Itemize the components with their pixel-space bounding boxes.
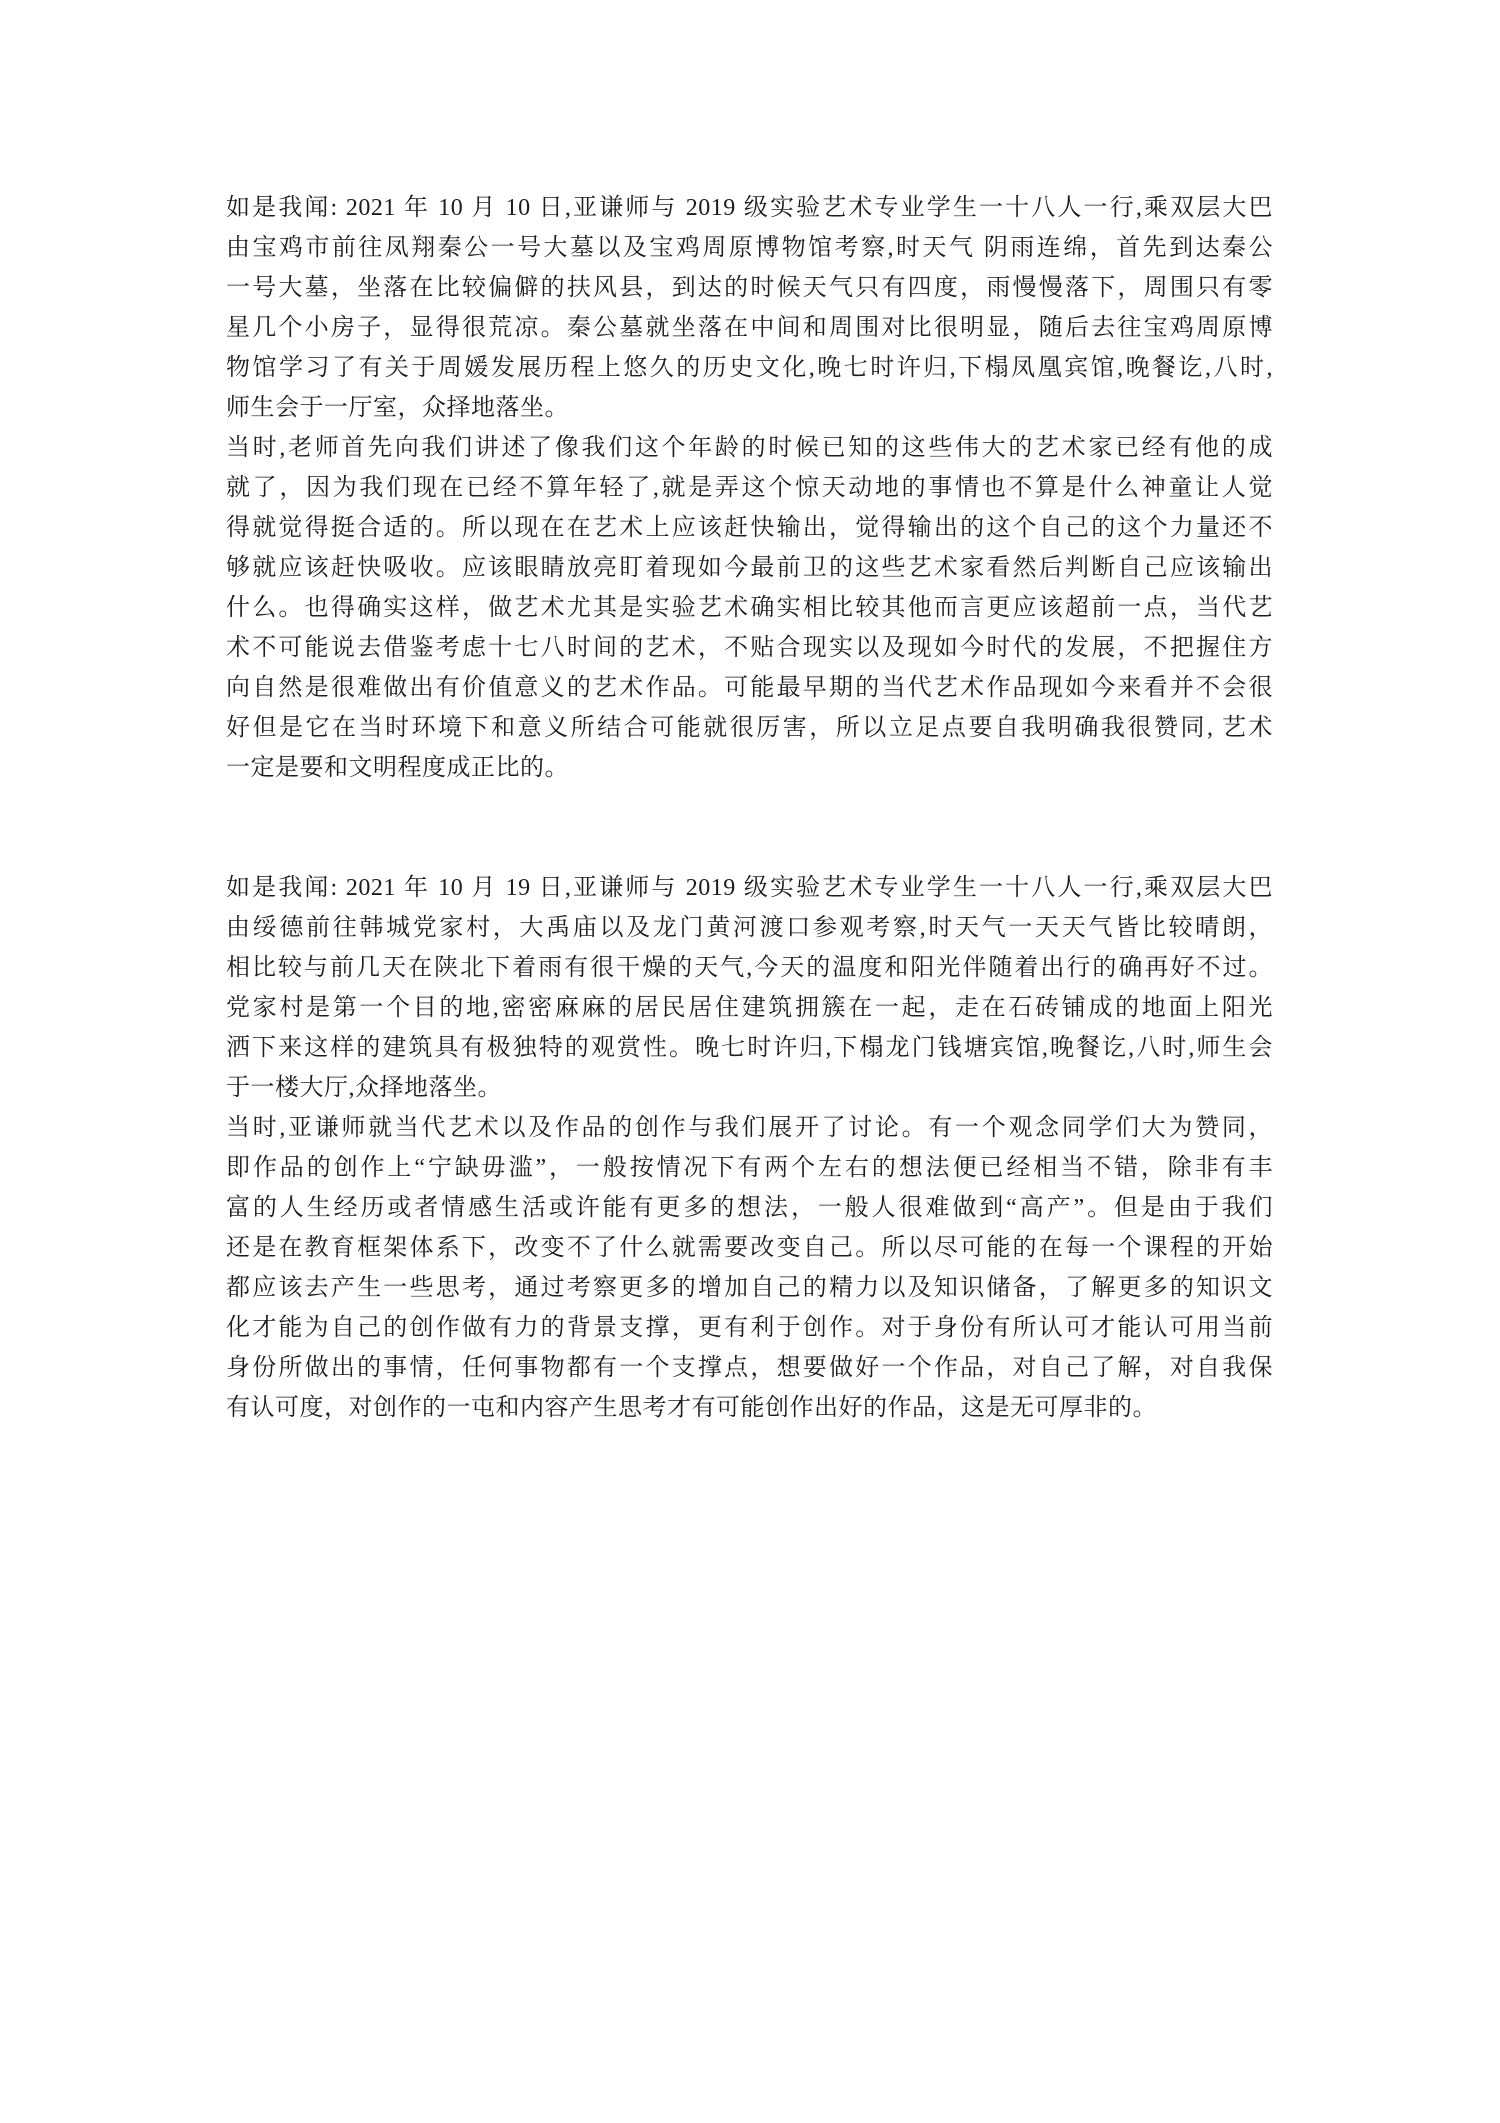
text-line: 术不可能说去借鉴考虑十七八时间的艺术，不贴合现实以及现如今时代的发展，不把握住方 bbox=[226, 628, 1273, 668]
text-line: 由绥德前往韩城党家村，大禹庙以及龙门黄河渡口参观考察,时天气一天天气皆比较晴朗， bbox=[226, 908, 1273, 948]
text-line: 党家村是第一个目的地,密密麻麻的居民居住建筑拥簇在一起，走在石砖铺成的地面上阳光 bbox=[226, 988, 1273, 1028]
document-page: 如是我闻: 2021 年 10 月 10 日,亚谦师与 2019 级实验艺术专业… bbox=[0, 0, 1500, 2123]
paragraph: 如是我闻: 2021 年 10 月 19 日,亚谦师与 2019 级实验艺术专业… bbox=[226, 868, 1273, 1108]
text-line: 都应该去产生一些思考，通过考察更多的增加自己的精力以及知识储备，了解更多的知识文 bbox=[226, 1268, 1273, 1308]
text-line: 于一楼大厅,众择地落坐。 bbox=[226, 1068, 1273, 1108]
text-line: 好但是它在当时环境下和意义所结合可能就很厉害，所以立足点要自我明确我很赞同, 艺… bbox=[226, 708, 1273, 748]
text-section-entry-2021-10-10: 如是我闻: 2021 年 10 月 10 日,亚谦师与 2019 级实验艺术专业… bbox=[226, 188, 1273, 788]
paragraph: 当时,亚谦师就当代艺术以及作品的创作与我们展开了讨论。有一个观念同学们大为赞同，… bbox=[226, 1108, 1273, 1428]
text-line: 什么。也得确实这样，做艺术尤其是实验艺术确实相比较其他而言更应该超前一点，当代艺 bbox=[226, 588, 1273, 628]
text-line: 如是我闻: 2021 年 10 月 19 日,亚谦师与 2019 级实验艺术专业… bbox=[226, 868, 1273, 908]
document-body: 如是我闻: 2021 年 10 月 10 日,亚谦师与 2019 级实验艺术专业… bbox=[226, 188, 1273, 1428]
text-line: 星几个小房子，显得很荒凉。秦公墓就坐落在中间和周围对比很明显，随后去往宝鸡周原博 bbox=[226, 308, 1273, 348]
text-line: 如是我闻: 2021 年 10 月 10 日,亚谦师与 2019 级实验艺术专业… bbox=[226, 188, 1273, 228]
text-line: 化才能为自己的创作做有力的背景支撑，更有利于创作。对于身份有所认可才能认可用当前 bbox=[226, 1308, 1273, 1348]
text-line: 物馆学习了有关于周媛发展历程上悠久的历史文化,晚七时许归,下榻凤凰宾馆,晚餐讫,… bbox=[226, 348, 1273, 388]
text-section-entry-2021-10-19: 如是我闻: 2021 年 10 月 19 日,亚谦师与 2019 级实验艺术专业… bbox=[226, 868, 1273, 1428]
text-line: 一定是要和文明程度成正比的。 bbox=[226, 748, 1273, 788]
text-line: 富的人生经历或者情感生活或许能有更多的想法，一般人很难做到“高产”。但是由于我们 bbox=[226, 1188, 1273, 1228]
paragraph: 如是我闻: 2021 年 10 月 10 日,亚谦师与 2019 级实验艺术专业… bbox=[226, 188, 1273, 428]
text-line: 即作品的创作上“宁缺毋滥”，一般按情况下有两个左右的想法便已经相当不错，除非有丰 bbox=[226, 1148, 1273, 1188]
text-line: 一号大墓，坐落在比较偏僻的扶风县，到达的时候天气只有四度，雨慢慢落下，周围只有零 bbox=[226, 268, 1273, 308]
text-line: 身份所做出的事情，任何事物都有一个支撑点，想要做好一个作品，对自己了解，对自我保 bbox=[226, 1348, 1273, 1388]
text-line: 洒下来这样的建筑具有极独特的观赏性。晚七时许归,下榻龙门钱塘宾馆,晚餐讫,八时,… bbox=[226, 1028, 1273, 1068]
paragraph: 当时,老师首先向我们讲述了像我们这个年龄的时候已知的这些伟大的艺术家已经有他的成… bbox=[226, 428, 1273, 788]
text-line: 当时,亚谦师就当代艺术以及作品的创作与我们展开了讨论。有一个观念同学们大为赞同， bbox=[226, 1108, 1273, 1148]
text-line: 就了，因为我们现在已经不算年轻了,就是弄这个惊天动地的事情也不算是什么神童让人觉 bbox=[226, 468, 1273, 508]
text-line: 够就应该赶快吸收。应该眼睛放亮盯着现如今最前卫的这些艺术家看然后判断自己应该输出 bbox=[226, 548, 1273, 588]
text-line: 有认可度，对创作的一屯和内容产生思考才有可能创作出好的作品，这是无可厚非的。 bbox=[226, 1388, 1273, 1428]
text-line: 师生会于一厅室，众择地落坐。 bbox=[226, 388, 1273, 428]
text-line: 还是在教育框架体系下，改变不了什么就需要改变自己。所以尽可能的在每一个课程的开始 bbox=[226, 1228, 1273, 1268]
text-line: 得就觉得挺合适的。所以现在在艺术上应该赶快输出，觉得输出的这个自己的这个力量还不 bbox=[226, 508, 1273, 548]
text-line: 相比较与前几天在陕北下着雨有很干燥的天气,今天的温度和阳光伴随着出行的确再好不过… bbox=[226, 948, 1273, 988]
text-line: 由宝鸡市前往凤翔秦公一号大墓以及宝鸡周原博物馆考察,时天气 阴雨连绵，首先到达秦… bbox=[226, 228, 1273, 268]
text-line: 向自然是很难做出有价值意义的艺术作品。可能最早期的当代艺术作品现如今来看并不会很 bbox=[226, 668, 1273, 708]
text-line: 当时,老师首先向我们讲述了像我们这个年龄的时候已知的这些伟大的艺术家已经有他的成 bbox=[226, 428, 1273, 468]
